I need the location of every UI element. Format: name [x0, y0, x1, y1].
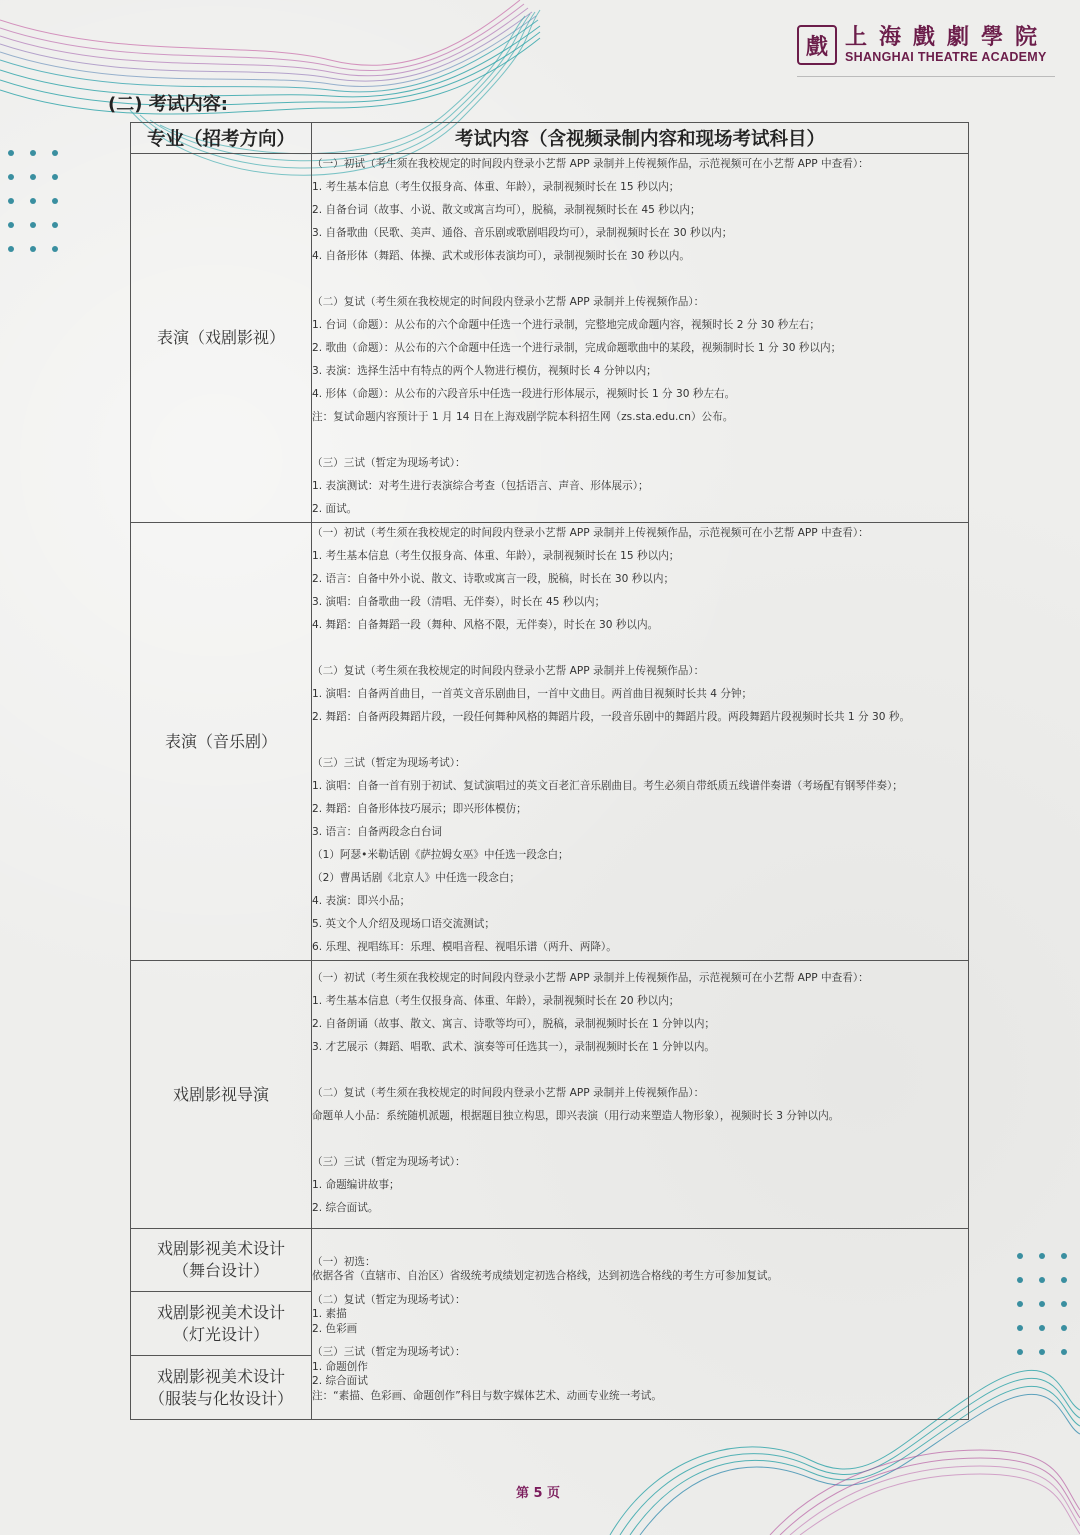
content-line: 1. 台词（命题）：从公布的六个命题中任选一个进行录制，完整地完成命题内容，视频…	[312, 315, 968, 338]
content-line: 4. 形体（命题）：从公布的六段音乐中任选一段进行形体展示，视频时长 1 分 3…	[312, 384, 968, 407]
content-line: 4. 舞蹈：自备舞蹈一段（舞种、风格不限，无伴奏），时长在 30 秒以内。	[312, 615, 968, 638]
content-line: 2. 歌曲（命题）：从公布的六个命题中任选一个进行录制，完成命题歌曲中的某段，视…	[312, 338, 968, 361]
major-cell: 戏剧影视导演	[131, 961, 312, 1229]
content-line: （一）初试（考生须在我校规定的时间段内登录小艺帮 APP 录制并上传视频作品，示…	[312, 154, 968, 177]
content-line: 2. 综合面试。	[312, 1198, 968, 1221]
spacer	[312, 730, 968, 753]
content-line: 3. 才艺展示（舞蹈、唱歌、武术、演奏等可任选其一），录制视频时长在 1 分钟以…	[312, 1037, 968, 1060]
content-line: 注：复试命题内容预计于 1 月 14 日在上海戏剧学院本科招生网（zs.sta.…	[312, 407, 968, 430]
spacer	[312, 1284, 968, 1293]
content-line: （一）初试（考生须在我校规定的时间段内登录小艺帮 APP 录制并上传视频作品，示…	[312, 968, 968, 991]
header-divider	[797, 76, 1055, 77]
major-cell-lighting-design: 戏剧影视美术设计 （灯光设计）	[131, 1292, 312, 1356]
content-line: （三）三试（暂定为现场考试）：	[312, 753, 968, 776]
content-line: 3. 语言：自备两段念白台词	[312, 822, 968, 845]
content-line: 2. 综合面试	[312, 1374, 968, 1389]
logo-english-name: SHANGHAI THEATRE ACADEMY	[845, 49, 1049, 65]
logo-icon: 戲	[797, 25, 837, 65]
content-line: （三）三试（暂定为现场考试）：	[312, 1345, 968, 1360]
dot-grid-right	[1017, 1253, 1067, 1355]
content-cell: （一）初试（考生须在我校规定的时间段内登录小艺帮 APP 录制并上传视频作品，示…	[312, 523, 969, 961]
content-line: 2. 面试。	[312, 499, 968, 522]
content-line: 2. 自备朗诵（故事、散文、寓言、诗歌等均可），脱稿，录制视频时长在 1 分钟以…	[312, 1014, 968, 1037]
spacer	[312, 430, 968, 453]
content-line: （1）阿瑟•米勒话剧《萨拉姆女巫》中任选一段念白；	[312, 845, 968, 868]
content-line: 1. 命题编讲故事；	[312, 1175, 968, 1198]
table-row: 戏剧影视美术设计 （舞台设计） （一）初选：依据各省（直辖市、自治区）省级统考成…	[131, 1229, 969, 1292]
major-cell: 表演（音乐剧）	[131, 523, 312, 961]
content-line: 注：“素描、色彩画、命题创作”科目与数字媒体艺术、动画专业统一考试。	[312, 1389, 968, 1404]
content-line: （三）三试（暂定为现场考试）：	[312, 453, 968, 476]
content-line: 1. 考生基本信息（考生仅报身高、体重、年龄），录制视频时长在 15 秒以内；	[312, 177, 968, 200]
content-line: 1. 考生基本信息（考生仅报身高、体重、年龄），录制视频时长在 15 秒以内；	[312, 546, 968, 569]
header-major: 专业（招考方向）	[131, 123, 312, 154]
major-cell-costume-design: 戏剧影视美术设计 （服装与化妆设计）	[131, 1356, 312, 1420]
content-line: 3. 表演：选择生活中有特点的两个人物进行模仿，视频时长 4 分钟以内；	[312, 361, 968, 384]
header-content: 考试内容（含视频录制内容和现场考试科目）	[312, 123, 969, 154]
content-line: 5. 英文个人介绍及现场口语交流测试；	[312, 914, 968, 937]
spacer	[312, 1060, 968, 1083]
content-cell-design: （一）初选：依据各省（直辖市、自治区）省级统考成绩划定初选合格线，达到初选合格线…	[312, 1229, 969, 1420]
table-header-row: 专业（招考方向） 考试内容（含视频录制内容和现场考试科目）	[131, 123, 969, 154]
content-line: 4. 表演：即兴小品；	[312, 891, 968, 914]
section-title: (二) 考试内容:	[108, 90, 228, 116]
table-row: 戏剧影视导演 （一）初试（考生须在我校规定的时间段内登录小艺帮 APP 录制并上…	[131, 961, 969, 1229]
table-row: 表演（戏剧影视） （一）初试（考生须在我校规定的时间段内登录小艺帮 APP 录制…	[131, 154, 969, 523]
content-line: 6. 乐理、视唱练耳：乐理、模唱音程、视唱乐谱（两升、两降）。	[312, 937, 968, 960]
page-number: 第 5 页	[0, 1482, 1076, 1501]
content-line: 1. 表演测试：对考生进行表演综合考查（包括语言、声音、形体展示）；	[312, 476, 968, 499]
content-line: （2）曹禺话剧《北京人》中任选一段念白；	[312, 868, 968, 891]
content-line: 2. 自备台词（故事、小说、散文或寓言均可），脱稿，录制视频时长在 45 秒以内…	[312, 200, 968, 223]
content-line: （二）复试（考生须在我校规定的时间段内登录小艺帮 APP 录制并上传视频作品）：	[312, 1083, 968, 1106]
content-line: 2. 语言：自备中外小说、散文、诗歌或寓言一段，脱稿，时长在 30 秒以内；	[312, 569, 968, 592]
content-line: （三）三试（暂定为现场考试）：	[312, 1152, 968, 1175]
major-cell: 表演（戏剧影视）	[131, 154, 312, 523]
content-line: 1. 素描	[312, 1307, 968, 1322]
content-line: 2. 舞蹈：自备两段舞蹈片段，一段任何舞种风格的舞蹈片段，一段音乐剧中的舞蹈片段…	[312, 707, 968, 730]
dot-grid-left	[8, 150, 58, 252]
content-line: 命题单人小品：系统随机派题，根据题目独立构思，即兴表演（用行动来塑造人物形象），…	[312, 1106, 968, 1129]
content-line: 2. 舞蹈：自备形体技巧展示；即兴形体模仿；	[312, 799, 968, 822]
spacer	[312, 1336, 968, 1345]
exam-content-table: 专业（招考方向） 考试内容（含视频录制内容和现场考试科目） 表演（戏剧影视） （…	[130, 122, 969, 1420]
major-cell-stage-design: 戏剧影视美术设计 （舞台设计）	[131, 1229, 312, 1292]
content-cell: （一）初试（考生须在我校规定的时间段内登录小艺帮 APP 录制并上传视频作品，示…	[312, 154, 969, 523]
logo-chinese-name: 上海戲劇學院	[845, 25, 1049, 49]
content-line: （一）初选：	[312, 1255, 968, 1270]
content-line: （二）复试（暂定为现场考试）：	[312, 1293, 968, 1308]
content-line: （一）初试（考生须在我校规定的时间段内登录小艺帮 APP 录制并上传视频作品，示…	[312, 523, 968, 546]
content-line: 1. 命题创作	[312, 1360, 968, 1375]
content-line: 2. 色彩画	[312, 1322, 968, 1337]
spacer	[312, 269, 968, 292]
content-line: 4. 自备形体（舞蹈、体操、武术或形体表演均可），录制视频时长在 30 秒以内。	[312, 246, 968, 269]
content-line: （二）复试（考生须在我校规定的时间段内登录小艺帮 APP 录制并上传视频作品）：	[312, 292, 968, 315]
table-row: 表演（音乐剧） （一）初试（考生须在我校规定的时间段内登录小艺帮 APP 录制并…	[131, 523, 969, 961]
spacer	[312, 1129, 968, 1152]
content-line: 1. 考生基本信息（考生仅报身高、体重、年龄），录制视频时长在 20 秒以内；	[312, 991, 968, 1014]
content-line: 1. 演唱：自备一首有别于初试、复试演唱过的英文百老汇音乐剧曲目。考生必须自带纸…	[312, 776, 968, 799]
spacer	[312, 638, 968, 661]
content-line: 1. 演唱：自备两首曲目，一首英文音乐剧曲目，一首中文曲目。两首曲目视频时长共 …	[312, 684, 968, 707]
content-line: （二）复试（考生须在我校规定的时间段内登录小艺帮 APP 录制并上传视频作品）：	[312, 661, 968, 684]
academy-logo: 戲 上海戲劇學院 SHANGHAI THEATRE ACADEMY	[797, 20, 1057, 70]
content-line: 依据各省（直辖市、自治区）省级统考成绩划定初选合格线，达到初选合格线的考生方可参…	[312, 1269, 968, 1284]
content-line: 3. 自备歌曲（民歌、美声、通俗、音乐剧或歌剧唱段均可），录制视频时长在 30 …	[312, 223, 968, 246]
content-line: 3. 演唱：自备歌曲一段（清唱、无伴奏），时长在 45 秒以内；	[312, 592, 968, 615]
content-cell: （一）初试（考生须在我校规定的时间段内登录小艺帮 APP 录制并上传视频作品，示…	[312, 961, 969, 1229]
